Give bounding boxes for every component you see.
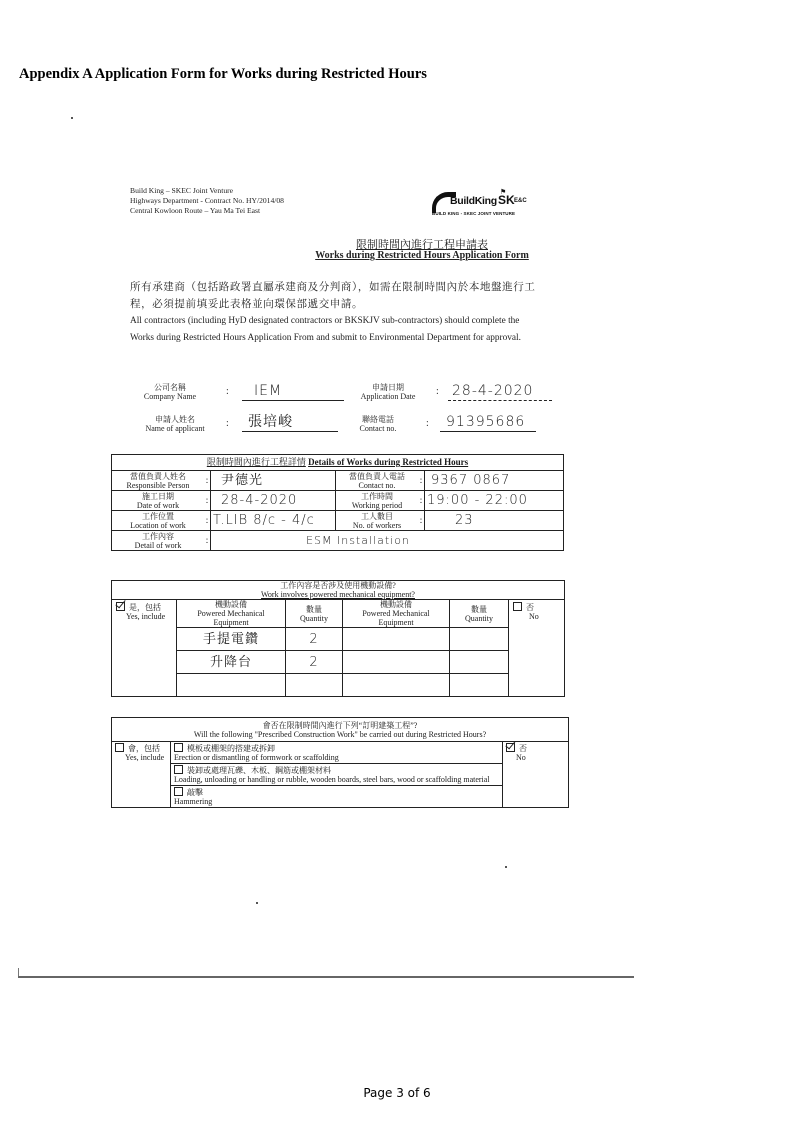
buildking-logo: BuildKing ⚑ SK E&C BUILD KING - SKEC JOI…: [432, 188, 532, 222]
responsible-contact-label: 當值負責人電話Contact no.: [336, 471, 419, 491]
equipment-cell[interactable]: 升降台: [177, 651, 286, 674]
logo-subtitle: BUILD KING - SKEC JOINT VENTURE: [432, 211, 515, 216]
applicant-name-field[interactable]: 張培峻: [242, 414, 338, 432]
details-table: 限制時間內進行工程詳情 Details of Works during Rest…: [111, 454, 564, 551]
application-date-field[interactable]: 28-4-2020: [448, 383, 552, 401]
col-equipment-header: 機動設備Powered Mechanical Equipment: [177, 600, 286, 628]
applicant-name-label: 申請人姓名Name of applicant: [130, 415, 220, 433]
org-line: Central Kowloon Route – Yau Ma Tei East: [130, 206, 284, 216]
equipment-yes-option[interactable]: 是，包括Yes, include: [112, 600, 177, 697]
prescribed-work-table: 會否在限制時間內進行下列“訂明建築工程”?Will the following …: [111, 717, 569, 808]
company-label: 公司名稱Company Name: [130, 383, 210, 401]
intro-zh: 所有承建商（包括路政署直屬承建商及分判商），如需在限制時間內於本地盤進行工程，必…: [130, 279, 540, 313]
date-of-work-field[interactable]: 28-4-2020: [211, 491, 336, 511]
logo-esc: E&C: [514, 198, 527, 204]
contact-field[interactable]: 91395686: [440, 414, 536, 432]
col-quantity2-header: 數量Quantity: [450, 600, 509, 628]
prescribed-yes-option[interactable]: 會，包括Yes, include: [112, 742, 171, 808]
quantity-cell[interactable]: 2: [286, 651, 343, 674]
contact-label: 聯絡電話Contact no.: [348, 415, 408, 433]
application-date-label: 申請日期Application Date: [348, 383, 428, 401]
company-field[interactable]: IEM: [242, 383, 344, 401]
responsible-contact-field[interactable]: 9367 0867: [425, 471, 564, 491]
working-period-field[interactable]: 19:00 - 22:00: [425, 491, 564, 511]
equipment-cell[interactable]: 手提電鑽: [177, 628, 286, 651]
equipment-no-option[interactable]: 否No: [509, 600, 565, 697]
intro-text: 所有承建商（包括路政署直屬承建商及分判商），如需在限制時間內於本地盤進行工程，必…: [130, 279, 540, 347]
col-quantity-header: 數量Quantity: [286, 600, 343, 628]
detail-of-work-label: 工作內容Detail of work: [112, 531, 205, 551]
detail-of-work-field[interactable]: ESM Installation: [211, 531, 564, 551]
yes-checkbox[interactable]: [116, 602, 125, 611]
col-equipment2-header: 機動設備Powered Mechanical Equipment: [343, 600, 450, 628]
workers-field[interactable]: 23: [425, 511, 564, 531]
equipment2-cell[interactable]: [343, 674, 450, 697]
quantity-cell[interactable]: [286, 674, 343, 697]
location-label: 工作位置Location of work: [112, 511, 205, 531]
prescribed-item[interactable]: 模板或棚架的搭建或拆卸Erection or dismantling of fo…: [171, 742, 503, 764]
details-row: 當值負責人姓名Responsible Person : 尹德光 當值負責人電話C…: [112, 471, 564, 491]
quantity-cell[interactable]: 2: [286, 628, 343, 651]
details-row: 工作內容Detail of work : ESM Installation: [112, 531, 564, 551]
equipment2-cell[interactable]: [343, 628, 450, 651]
details-row: 施工日期Date of work : 28-4-2020 工作時間Working…: [112, 491, 564, 511]
item-checkbox[interactable]: [174, 787, 183, 796]
form-title-en: Works during Restricted Hours Applicatio…: [0, 250, 794, 261]
organization-header: Build King – SKEC Joint Venture Highways…: [130, 186, 284, 216]
details-heading-row: 限制時間內進行工程詳情 Details of Works during Rest…: [112, 455, 564, 471]
page-number: Page 3 of 6: [0, 1086, 794, 1100]
yes-checkbox[interactable]: [115, 743, 124, 752]
equipment-question: 工作內容是否涉及使用機動設備?Work involves powered mec…: [112, 581, 565, 600]
org-line: Build King – SKEC Joint Venture: [130, 186, 284, 196]
workers-label: 工人數目No. of workers: [336, 511, 419, 531]
quantity2-cell[interactable]: [450, 674, 509, 697]
item-checkbox[interactable]: [174, 743, 183, 752]
equipment-row: [112, 674, 565, 697]
prescribed-item[interactable]: 敲擊Hammering: [171, 786, 503, 808]
item-checkbox[interactable]: [174, 765, 183, 774]
scan-bottom-edge: [18, 976, 634, 978]
prescribed-item[interactable]: 裝卸或處理瓦礫、木板、鋼筋或棚架材料Loading, unloading or …: [171, 764, 503, 786]
responsible-person-label: 當值負責人姓名Responsible Person: [112, 471, 205, 491]
equipment-row: 升降台 2: [112, 651, 565, 674]
equipment-table: 工作內容是否涉及使用機動設備?Work involves powered mec…: [111, 580, 565, 697]
location-field[interactable]: T.LIB 8/c - 4/c: [211, 511, 336, 531]
equipment-cell[interactable]: [177, 674, 286, 697]
prescribed-question: 會否在限制時間內進行下列“訂明建築工程”?Will the following …: [112, 718, 569, 742]
org-line: Highways Department - Contract No. HY/20…: [130, 196, 284, 206]
working-period-label: 工作時間Working period: [336, 491, 419, 511]
logo-sk: SK: [498, 193, 515, 207]
prescribed-no-option[interactable]: 否No: [503, 742, 569, 808]
details-row: 工作位置Location of work : T.LIB 8/c - 4/c 工…: [112, 511, 564, 531]
intro-en: All contractors (including HyD designate…: [130, 313, 540, 347]
applicant-info: 公司名稱Company Name : IEM 申請日期Application D…: [130, 383, 560, 443]
details-heading: 限制時間內進行工程詳情 Details of Works during Rest…: [112, 455, 564, 471]
responsible-person-field[interactable]: 尹德光: [211, 471, 336, 491]
quantity2-cell[interactable]: [450, 628, 509, 651]
no-checkbox[interactable]: [506, 743, 515, 752]
no-checkbox[interactable]: [513, 602, 522, 611]
quantity2-cell[interactable]: [450, 651, 509, 674]
equipment2-cell[interactable]: [343, 651, 450, 674]
logo-brand: BuildKing: [450, 195, 497, 207]
equipment-row: 手提電鑽 2: [112, 628, 565, 651]
scanned-form: Build King – SKEC Joint Venture Highways…: [0, 0, 794, 1123]
date-of-work-label: 施工日期Date of work: [112, 491, 205, 511]
